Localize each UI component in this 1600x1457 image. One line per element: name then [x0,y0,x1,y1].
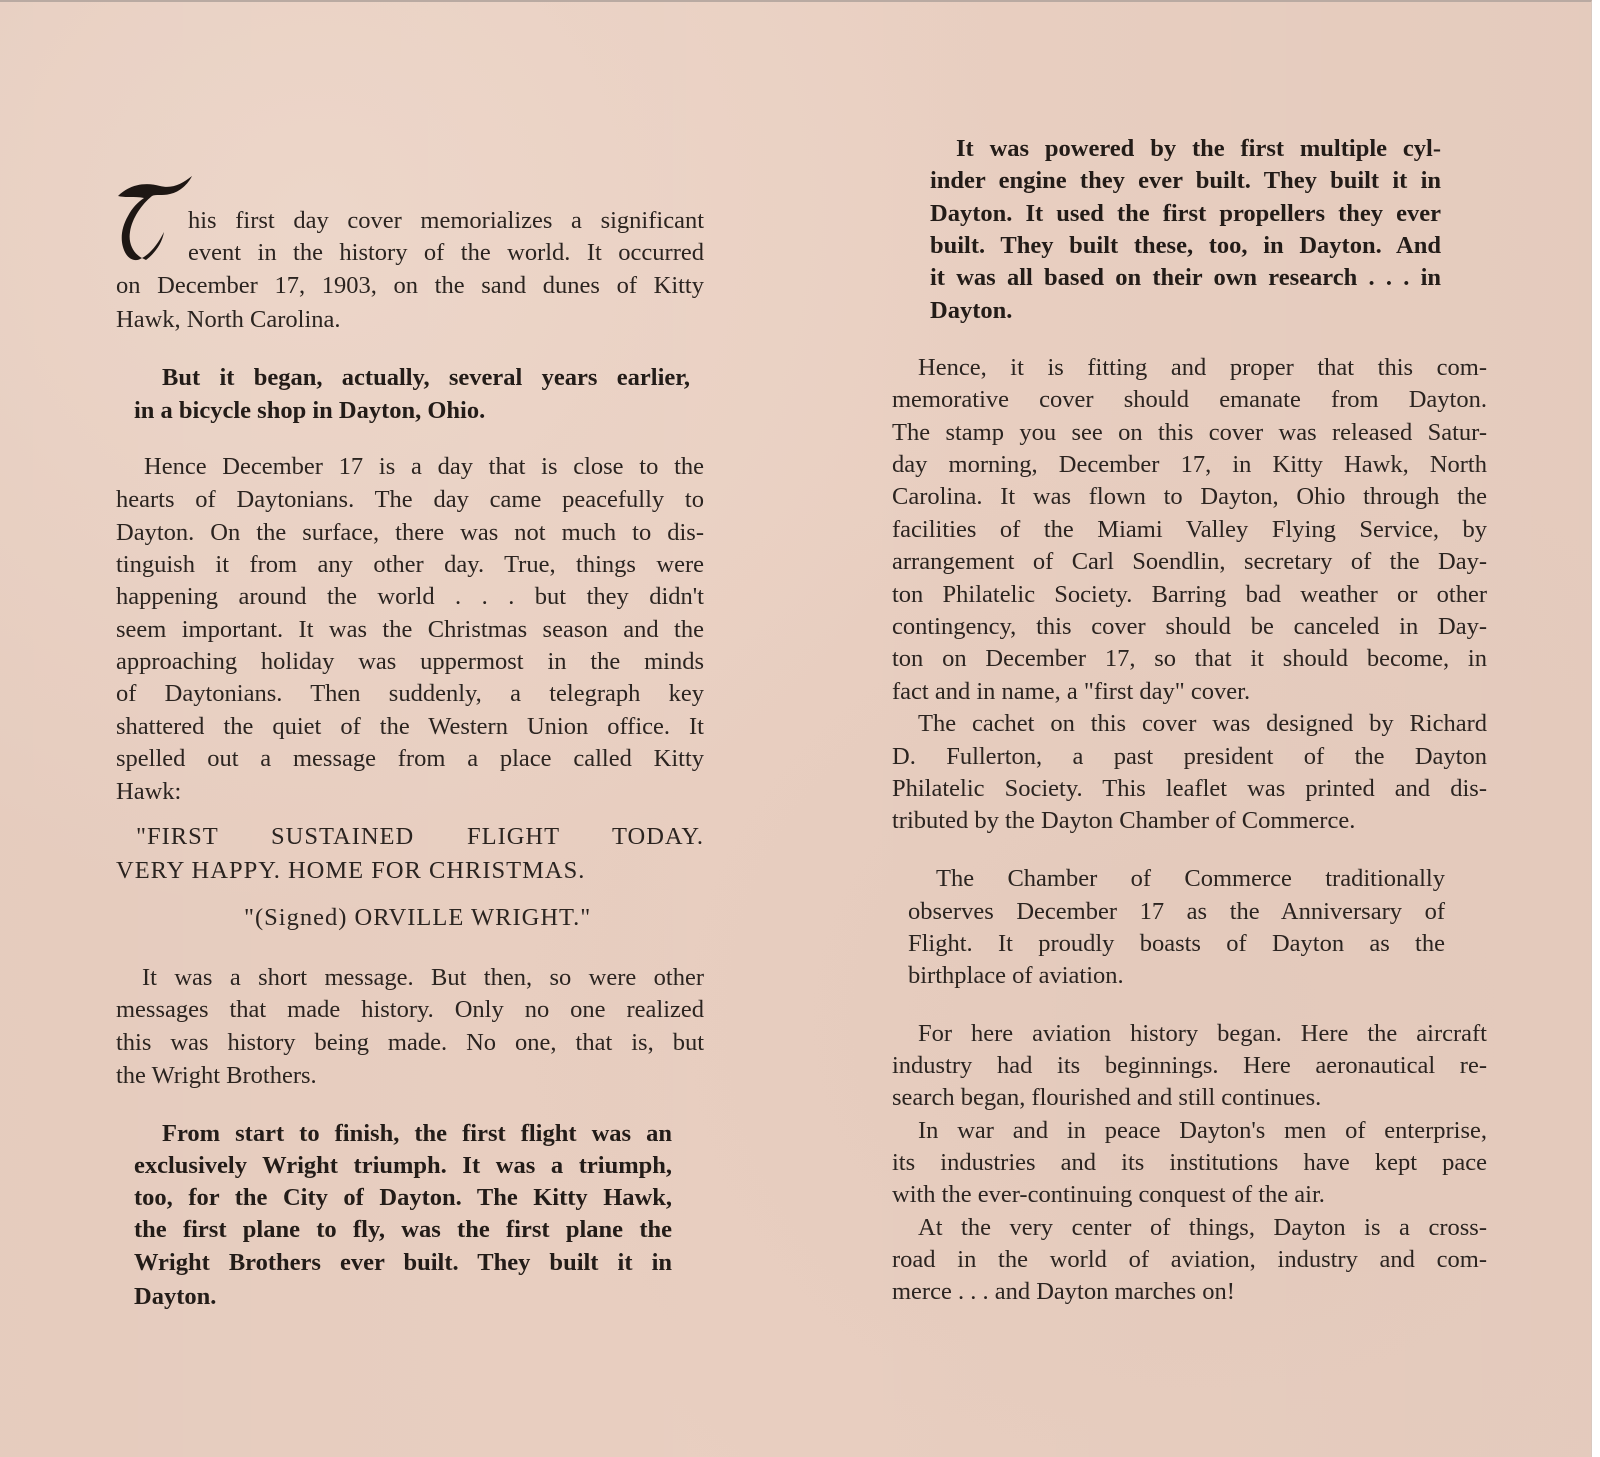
text-line: The Chamber of Commerce traditionally [936,863,1445,895]
text-line: Wright Brothers ever built. They built i… [134,1247,672,1279]
text-line: tinguish it from any other day. True, th… [116,549,704,581]
text-line: facilities of the Miami Valley Flying Se… [892,514,1487,546]
text-line: day morning, December 17, in Kitty Hawk,… [892,449,1487,481]
text-line: Philatelic Society. This leaflet was pri… [892,773,1487,805]
text-line: industry had its beginnings. Here aerona… [892,1050,1487,1082]
text-line: observes December 17 as the Anniversary … [908,896,1445,928]
text-line: on December 17, 1903, on the sand dunes … [116,270,704,302]
drop-cap-t-icon [116,174,196,274]
text-line: At the very center of things, Dayton is … [918,1212,1487,1244]
text-line: seem important. It was the Christmas sea… [116,614,704,646]
text-line: its industries and its institutions have… [892,1147,1487,1179]
text-line: tributed by the Dayton Chamber of Commer… [892,805,1503,837]
text-line: built. They built these, too, in Dayton.… [930,230,1441,262]
text-line: arrangement of Carl Soendlin, secretary … [892,546,1487,578]
telegram-signature: "(Signed) ORVILLE WRIGHT." [244,902,704,934]
text-line: The stamp you see on this cover was rele… [892,417,1487,449]
text-line: this was history being made. No one, tha… [116,1027,704,1059]
text-line: shattered the quiet of the Western Union… [116,711,704,743]
text-line: memorative cover should emanate from Day… [892,384,1487,416]
telegram-line: VERY HAPPY. HOME FOR CHRISTMAS. [116,855,704,887]
text-line: search began, flourished and still conti… [892,1082,1503,1114]
text-line: contingency, this cover should be cancel… [892,611,1487,643]
text-line: Flight. It proudly boasts of Dayton as t… [908,928,1445,960]
telegram-line: "FIRST SUSTAINED FLIGHT TODAY. [136,821,704,853]
text-line: ton Philatelic Society. Barring bad weat… [892,579,1487,611]
text-line: Hawk: [116,776,704,808]
text-line: hearts of Daytonians. The day came peace… [116,484,704,516]
text-line: For here aviation history began. Here th… [918,1018,1487,1050]
text-line: the Wright Brothers. [116,1060,704,1092]
text-line: exclusively Wright triumph. It was a tri… [134,1150,672,1182]
text-line: From start to finish, the first flight w… [162,1118,672,1150]
text-line: Dayton. [930,295,1503,327]
text-line: Dayton. It used the first propellers the… [930,198,1441,230]
text-line: of Daytonians. Then suddenly, a telegrap… [116,678,704,710]
text-line: Hence, it is fitting and proper that thi… [918,352,1487,384]
text-line: road in the world of aviation, industry … [892,1244,1487,1276]
text-line: with the ever-continuing conquest of the… [892,1179,1503,1211]
text-line: messages that made history. Only no one … [116,994,704,1026]
text-line: Carolina. It was flown to Dayton, Ohio t… [892,481,1487,513]
text-line: Dayton. On the surface, there was not mu… [116,517,704,549]
text-line: too, for the City of Dayton. The Kitty H… [134,1182,672,1214]
text-line: approaching holiday was uppermost in the… [116,646,704,678]
text-line: The cachet on this cover was designed by… [918,708,1487,740]
text-line: ton on December 17, so that it should be… [892,643,1487,675]
text-line: fact and in name, a "first day" cover. [892,676,1503,708]
text-line: spelled out a message from a place calle… [116,743,704,775]
text-line: Hence December 17 is a day that is close… [144,451,704,483]
text-line: It was a short message. But then, so wer… [142,962,704,994]
text-line: inder engine they ever built. They built… [930,165,1441,197]
text-line: Dayton. [134,1281,704,1313]
leaflet-page: his first day cover memorializes a signi… [0,0,1592,1457]
text-line: his first day cover memorializes a signi… [188,205,704,237]
text-line: happening around the world . . . but the… [116,581,704,613]
text-line: the first plane to fly, was the first pl… [134,1214,672,1246]
text-line: D. Fullerton, a past president of the Da… [892,741,1487,773]
text-line: merce . . . and Dayton marches on! [892,1276,1503,1308]
text-line: In war and in peace Dayton's men of ente… [918,1115,1487,1147]
text-line: event in the history of the world. It oc… [188,237,704,269]
text-line: in a bicycle shop in Dayton, Ohio. [134,395,704,427]
text-line: It was powered by the first multiple cyl… [956,133,1441,165]
text-line: Hawk, North Carolina. [116,304,704,336]
text-line: it was all based on their own research .… [930,262,1441,294]
text-line: But it began, actually, several years ea… [162,362,690,394]
text-line: birthplace of aviation. [908,960,1503,992]
